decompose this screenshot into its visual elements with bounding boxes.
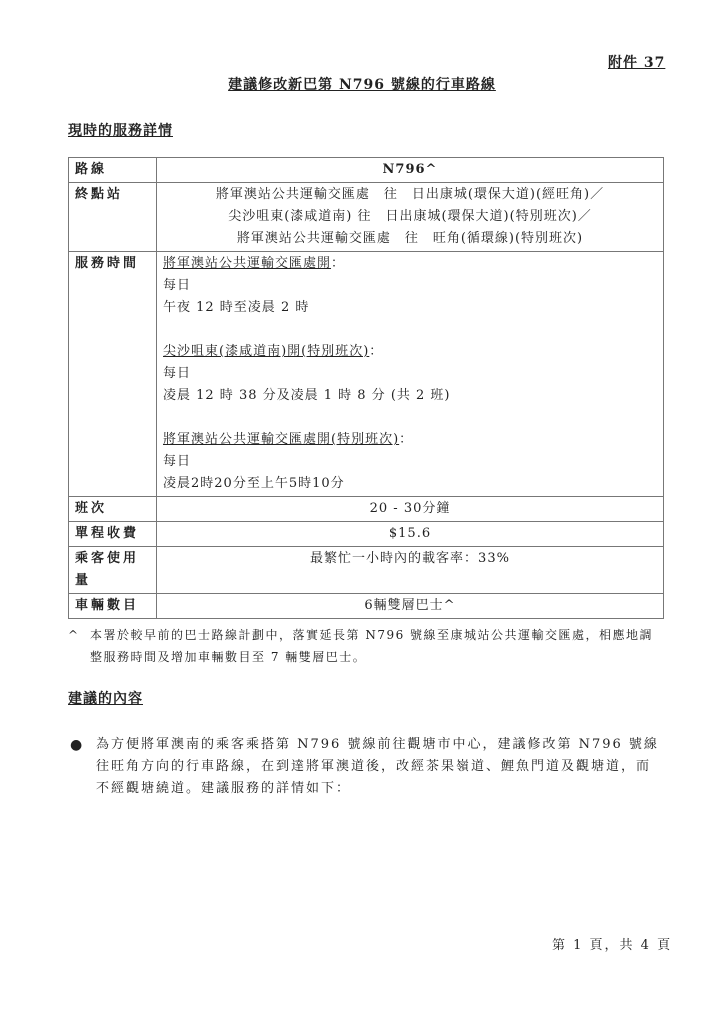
service-block: 將軍澳站公共運輸交匯處開(特別班次)： 每日 凌晨2時20分至上午5時10分	[163, 429, 657, 495]
document-title: 建議修改新巴第 N796 號線的行車路線	[0, 74, 724, 94]
value-fleet: 6輛雙層巴士^	[157, 594, 664, 619]
label-fare: 單程收費	[69, 522, 157, 547]
table-row-patronage: 乘客使用量 最繁忙一小時內的載客率：33%	[69, 547, 664, 594]
label-service-hours: 服務時間	[69, 252, 157, 497]
label-frequency: 班次	[69, 497, 157, 522]
value-terminals: 將軍澳站公共運輸交匯處 往 日出康城(環保大道)(經旺角)／ 尖沙咀東(漆咸道南…	[157, 183, 664, 252]
value-service-hours: 將軍澳站公共運輸交匯處開： 每日 午夜 12 時至凌晨 2 時 尖沙咀東(漆咸道…	[157, 252, 664, 497]
table-row-fleet: 車輛數目 6輛雙層巴士^	[69, 594, 664, 619]
service-origin: 尖沙咀東(漆咸道南)開(特別班次)	[163, 344, 369, 359]
footnote-text: 本署於較早前的巴士路線計劃中，落實延長第 N796 號線至康城站公共運輸交匯處，…	[90, 624, 664, 668]
footnote-mark: ^	[68, 624, 80, 646]
annex-number: 附件 37	[608, 52, 665, 72]
value-frequency: 20 - 30分鐘	[157, 497, 664, 522]
table-row-route: 路線 N796^	[69, 158, 664, 183]
section-heading-proposal: 建議的內容	[68, 688, 143, 708]
value-route: N796^	[157, 158, 664, 183]
table-row-terminals: 終點站 將軍澳站公共運輸交匯處 往 日出康城(環保大道)(經旺角)／ 尖沙咀東(…	[69, 183, 664, 252]
bullet-icon: ●	[70, 734, 84, 756]
value-patronage: 最繁忙一小時內的載客率：33%	[157, 547, 664, 594]
terminal-line: 將軍澳站公共運輸交匯處 往 日出康城(環保大道)(經旺角)／	[163, 184, 657, 206]
service-times: 凌晨2時20分至上午5時10分	[163, 473, 657, 495]
service-times: 凌晨 12 時 38 分及凌晨 1 時 8 分 (共 2 班)	[163, 385, 657, 407]
table-row-frequency: 班次 20 - 30分鐘	[69, 497, 664, 522]
value-fare: $15.6	[157, 522, 664, 547]
label-route: 路線	[69, 158, 157, 183]
service-days: 每日	[163, 451, 657, 473]
label-terminals: 終點站	[69, 183, 157, 252]
bullet-text: 為方便將軍澳南的乘客乘搭第 N796 號線前往觀塘市中心，建議修改第 N796 …	[96, 734, 664, 800]
service-block: 尖沙咀東(漆咸道南)開(特別班次)： 每日 凌晨 12 時 38 分及凌晨 1 …	[163, 341, 657, 407]
proposal-bullet: ● 為方便將軍澳南的乘客乘搭第 N796 號線前往觀塘市中心，建議修改第 N79…	[68, 734, 664, 800]
table-row-service-hours: 服務時間 將軍澳站公共運輸交匯處開： 每日 午夜 12 時至凌晨 2 時 尖沙咀…	[69, 252, 664, 497]
table-row-fare: 單程收費 $15.6	[69, 522, 664, 547]
section-heading-current: 現時的服務詳情	[68, 120, 173, 140]
label-fleet: 車輛數目	[69, 594, 157, 619]
service-days: 每日	[163, 363, 657, 385]
service-details-table: 路線 N796^ 終點站 將軍澳站公共運輸交匯處 往 日出康城(環保大道)(經旺…	[68, 157, 664, 619]
service-origin: 將軍澳站公共運輸交匯處開(特別班次)	[163, 432, 399, 447]
service-block: 將軍澳站公共運輸交匯處開： 每日 午夜 12 時至凌晨 2 時	[163, 253, 657, 319]
terminal-line: 尖沙咀東(漆咸道南) 往 日出康城(環保大道)(特別班次)／	[163, 206, 657, 228]
service-times: 午夜 12 時至凌晨 2 時	[163, 297, 657, 319]
service-days: 每日	[163, 275, 657, 297]
label-patronage: 乘客使用量	[69, 547, 157, 594]
footnote: ^ 本署於較早前的巴士路線計劃中，落實延長第 N796 號線至康城站公共運輸交匯…	[68, 624, 664, 668]
page-indicator: 第 1 頁，共 4 頁	[552, 934, 672, 953]
service-origin: 將軍澳站公共運輸交匯處開	[163, 256, 331, 271]
terminal-line: 將軍澳站公共運輸交匯處 往 旺角(循環線)(特別班次)	[163, 228, 657, 250]
